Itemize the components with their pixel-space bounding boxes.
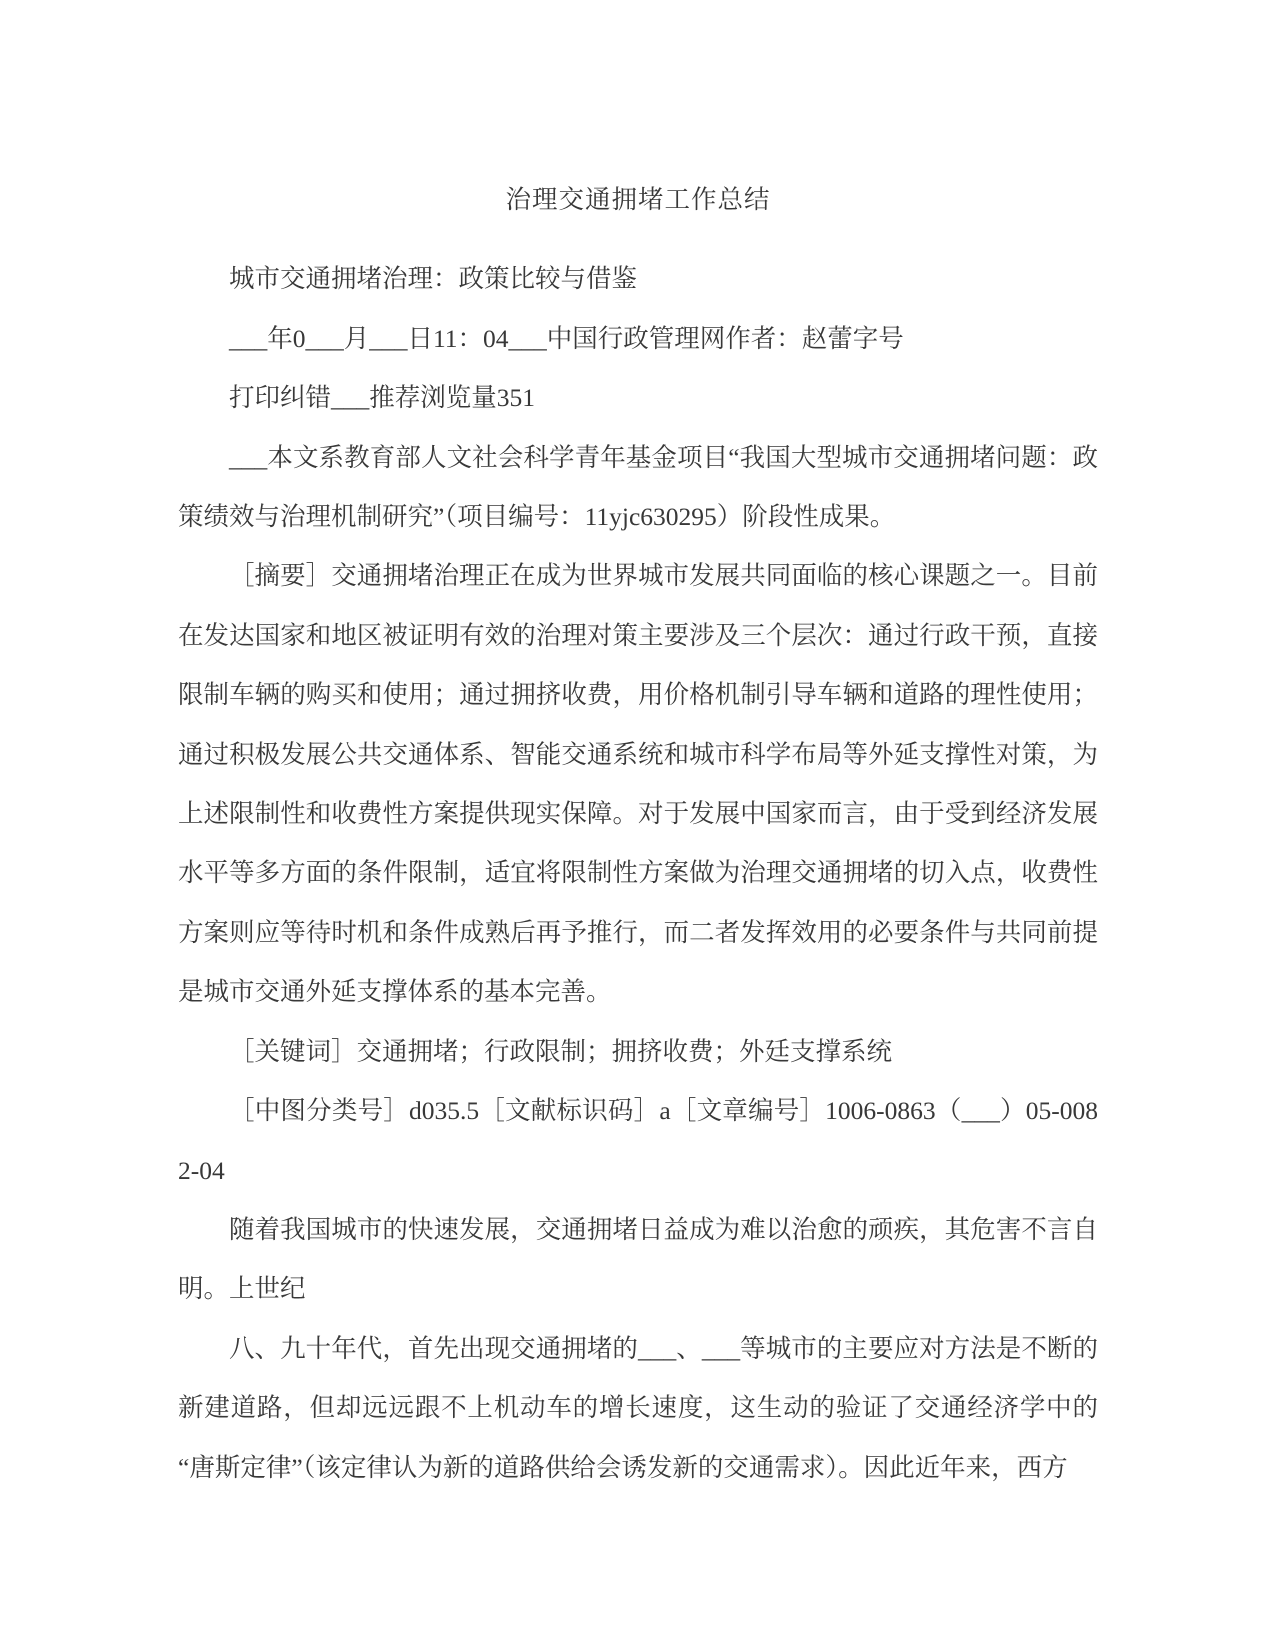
abstract-paragraph: ［摘要］交通拥堵治理正在成为世界城市发展共同面临的核心课题之一。目前在发达国家和… (178, 546, 1098, 1021)
body-paragraph-intro: 随着我国城市的快速发展，交通拥堵日益成为难以治愈的顽疾，其危害不言自明。上世纪 (178, 1200, 1098, 1319)
document-body: 城市交通拥堵治理：政策比较与借鉴 ___年0___月___日11：04___中国… (178, 249, 1098, 1497)
article-actions-line: 打印纠错___推荐浏览量351 (178, 368, 1098, 427)
document-page: 治理交通拥堵工作总结 城市交通拥堵治理：政策比较与借鉴 ___年0___月___… (0, 0, 1275, 1650)
keywords-paragraph: ［关键词］交通拥堵；行政限制；拥挤收费；外廷支撑系统 (178, 1022, 1098, 1081)
article-meta-line: ___年0___月___日11：04___中国行政管理网作者：赵蕾字号 (178, 309, 1098, 368)
body-paragraph-history: 八、九十年代，首先出现交通拥堵的___、___等城市的主要应对方法是不断的新建道… (178, 1319, 1098, 1497)
classification-paragraph: ［中图分类号］d035.5［文献标识码］a［文章编号］1006-0863（___… (178, 1081, 1098, 1200)
funding-note-paragraph: ___本文系教育部人文社会科学青年基金项目“我国大型城市交通拥堵问题：政策绩效与… (178, 428, 1098, 547)
document-title: 治理交通拥堵工作总结 (178, 170, 1098, 229)
article-subtitle: 城市交通拥堵治理：政策比较与借鉴 (178, 249, 1098, 308)
